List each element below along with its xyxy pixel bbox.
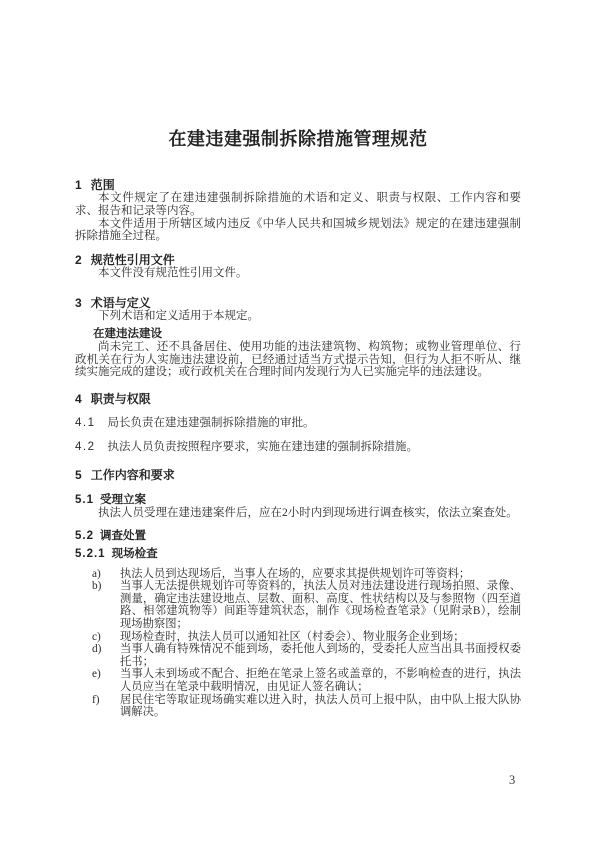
clause-4-1-text: 局长负责在建违建强制拆除措施的审批。 <box>108 417 315 429</box>
list-item-b-marker: b) <box>92 580 101 593</box>
subsection-5-2-title: 调查处置 <box>100 530 146 542</box>
page-number: 3 <box>509 773 515 788</box>
subsection-5-1-heading: 5.1受理立案 <box>75 493 521 507</box>
list-item-f-marker: f) <box>92 694 100 707</box>
section-1-paragraph-1: 本文件规定了在建违建强制拆除措施的术语和定义、职责与权限、工作内容和要求、报告和… <box>75 192 521 218</box>
term-title: 在建违法建设 <box>93 327 521 341</box>
list-item-e: e)当事人未到场或不配合、拒绝在笔录上签名或盖章的，不影响检查的进行，执法人员应… <box>75 668 521 693</box>
list-item-f: f)居民住宅等取证现场确实难以进入时，执法人员可上报中队，由中队上报大队协调解决… <box>75 694 521 719</box>
section-1-number: 1 <box>75 178 82 192</box>
subsection-5-2-number: 5.2 <box>75 529 94 543</box>
section-5-number: 5 <box>75 468 82 482</box>
list-item-d-text: 当事人确有特殊情况不能到场，委托他人到场的，受委托人应当出具书面授权委托书； <box>120 643 521 668</box>
clause-4-2-number: 4.2 <box>75 441 96 453</box>
subsection-5-2-1-title: 现场检查 <box>112 548 158 560</box>
subsection-5-1-number: 5.1 <box>75 493 94 507</box>
clause-4-2-text: 执法人员负责按照程序要求，实施在建违建的强制拆除措施。 <box>108 441 419 453</box>
subsection-5-2-1-heading: 5.2.1现场检查 <box>75 547 521 561</box>
clause-4-1: 4.1局长负责在建违建强制拆除措施的审批。 <box>75 417 521 430</box>
section-2-heading: 2规范性引用文件 <box>75 253 521 267</box>
section-2-title: 规范性引用文件 <box>91 253 175 267</box>
section-1-heading: 1范围 <box>75 178 521 192</box>
section-4-heading: 4职责与权限 <box>75 392 521 406</box>
subsection-5-2-heading: 5.2调查处置 <box>75 529 521 543</box>
section-4-title: 职责与权限 <box>91 392 151 406</box>
section-3-number: 3 <box>75 296 82 310</box>
section-1-paragraph-2: 本文件适用于所辖区域内违反《中华人民共和国城乡规划法》规定的在建违建强制拆除措施… <box>75 218 521 244</box>
section-3-title: 术语与定义 <box>91 296 151 310</box>
section-4-number: 4 <box>75 392 82 406</box>
section-2-number: 2 <box>75 253 82 267</box>
list-item-a-text: 执法人员到达现场后，当事人在场的，应要求其提供规划许可等资料； <box>120 568 470 580</box>
list-item-c-text: 现场检查时，执法人员可以通知社区（村委会）、物业服务企业到场； <box>120 631 465 643</box>
list-item-c-marker: c) <box>92 631 101 644</box>
list-item-a-marker: a) <box>92 568 101 581</box>
section-1-title: 范围 <box>91 178 115 192</box>
section-3-intro: 下列术语和定义适用于本规定。 <box>75 310 521 323</box>
inspection-item-list: a)执法人员到达现场后，当事人在场的，应要求其提供规划许可等资料； b)当事人无… <box>75 568 521 719</box>
list-item-e-marker: e) <box>92 668 101 681</box>
section-5-title: 工作内容和要求 <box>91 468 175 482</box>
clause-4-1-number: 4.1 <box>75 417 96 429</box>
document-title: 在建违建强制拆除措施管理规范 <box>75 128 521 150</box>
subsection-5-1-paragraph: 执法人员受理在建违建案件后，应在2小时内到现场进行调查核实，依法立案查处。 <box>75 507 521 520</box>
subsection-5-2-1-number: 5.2.1 <box>75 547 106 561</box>
list-item-f-text: 居民住宅等取证现场确实难以进入时，执法人员可上报中队，由中队上报大队协调解决。 <box>120 694 521 719</box>
list-item-d-marker: d) <box>92 643 101 656</box>
list-item-e-text: 当事人未到场或不配合、拒绝在笔录上签名或盖章的，不影响检查的进行，执法人员应当在… <box>120 668 521 693</box>
subsection-5-1-title: 受理立案 <box>100 494 146 506</box>
document-content: 在建违建强制拆除措施管理规范 1范围 本文件规定了在建违建强制拆除措施的术语和定… <box>75 0 521 719</box>
section-2-paragraph-1: 本文件没有规范性引用文件。 <box>75 267 521 280</box>
list-item-d: d)当事人确有特殊情况不能到场，委托他人到场的，受委托人应当出具书面授权委托书； <box>75 643 521 668</box>
section-3-heading: 3术语与定义 <box>75 296 521 310</box>
term-definition: 尚未完工、还不具备居住、使用功能的违法建筑物、构筑物；或物业管理单位、行政机关在… <box>75 341 521 379</box>
document-page: 在建违建强制拆除措施管理规范 1范围 本文件规定了在建违建强制拆除措施的术语和定… <box>0 0 596 842</box>
list-item-b: b)当事人无法提供规划许可等资料的，执法人员对违法建设进行现场拍照、录像、测量，… <box>75 580 521 630</box>
list-item-c: c)现场检查时，执法人员可以通知社区（村委会）、物业服务企业到场； <box>75 631 521 644</box>
list-item-b-text: 当事人无法提供规划许可等资料的，执法人员对违法建设进行现场拍照、录像、测量，确定… <box>120 580 521 630</box>
section-5-heading: 5工作内容和要求 <box>75 468 521 482</box>
clause-4-2: 4.2执法人员负责按照程序要求，实施在建违建的强制拆除措施。 <box>75 441 521 454</box>
list-item-a: a)执法人员到达现场后，当事人在场的，应要求其提供规划许可等资料； <box>75 568 521 581</box>
